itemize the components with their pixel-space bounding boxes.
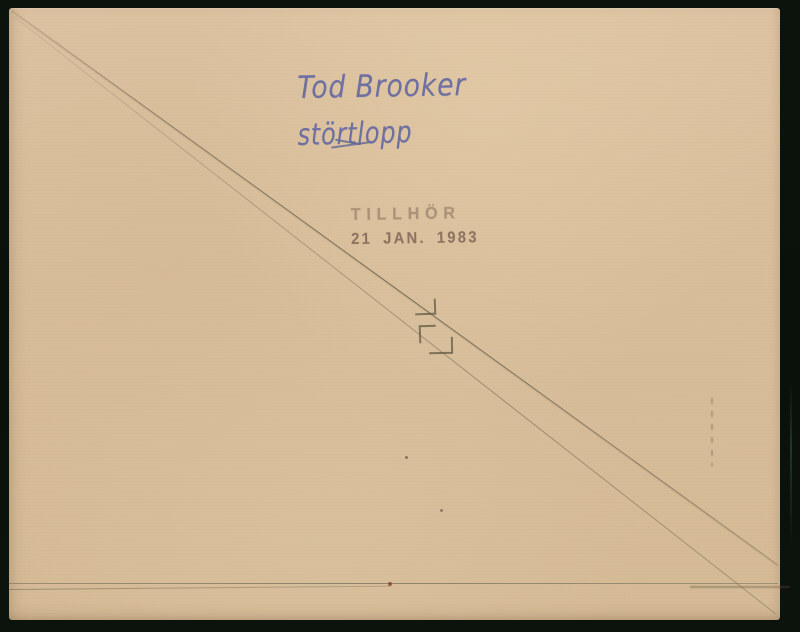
vertical-pencil-streak [711, 398, 713, 466]
paper-speck [440, 509, 443, 512]
stamp-date-text: 21 JAN. 1983 [351, 229, 479, 249]
diagonal-crease-line [13, 16, 775, 614]
handwritten-name: Tod Brooker [297, 67, 466, 106]
paper-speck [388, 582, 392, 586]
horizontal-smudge-line [690, 586, 790, 588]
edge-reflection [790, 380, 792, 550]
paper-speck [405, 456, 408, 459]
pencil-crop-mark [415, 299, 437, 316]
archive-stamp: TILLHÖR 21 JAN. 1983 [351, 203, 490, 249]
ink-correction-scribble [331, 138, 371, 150]
horizontal-pencil-line [9, 583, 778, 584]
horizontal-crease-line [9, 586, 391, 590]
photo-verso-paper: Tod Brooker störtlopp TILLHÖR 21 JAN. 19… [9, 8, 780, 620]
photo-backing: Tod Brooker störtlopp TILLHÖR 21 JAN. 19… [0, 0, 800, 632]
stamp-ownership-text: TILLHÖR [351, 203, 483, 225]
pencil-crop-mark [429, 337, 453, 354]
